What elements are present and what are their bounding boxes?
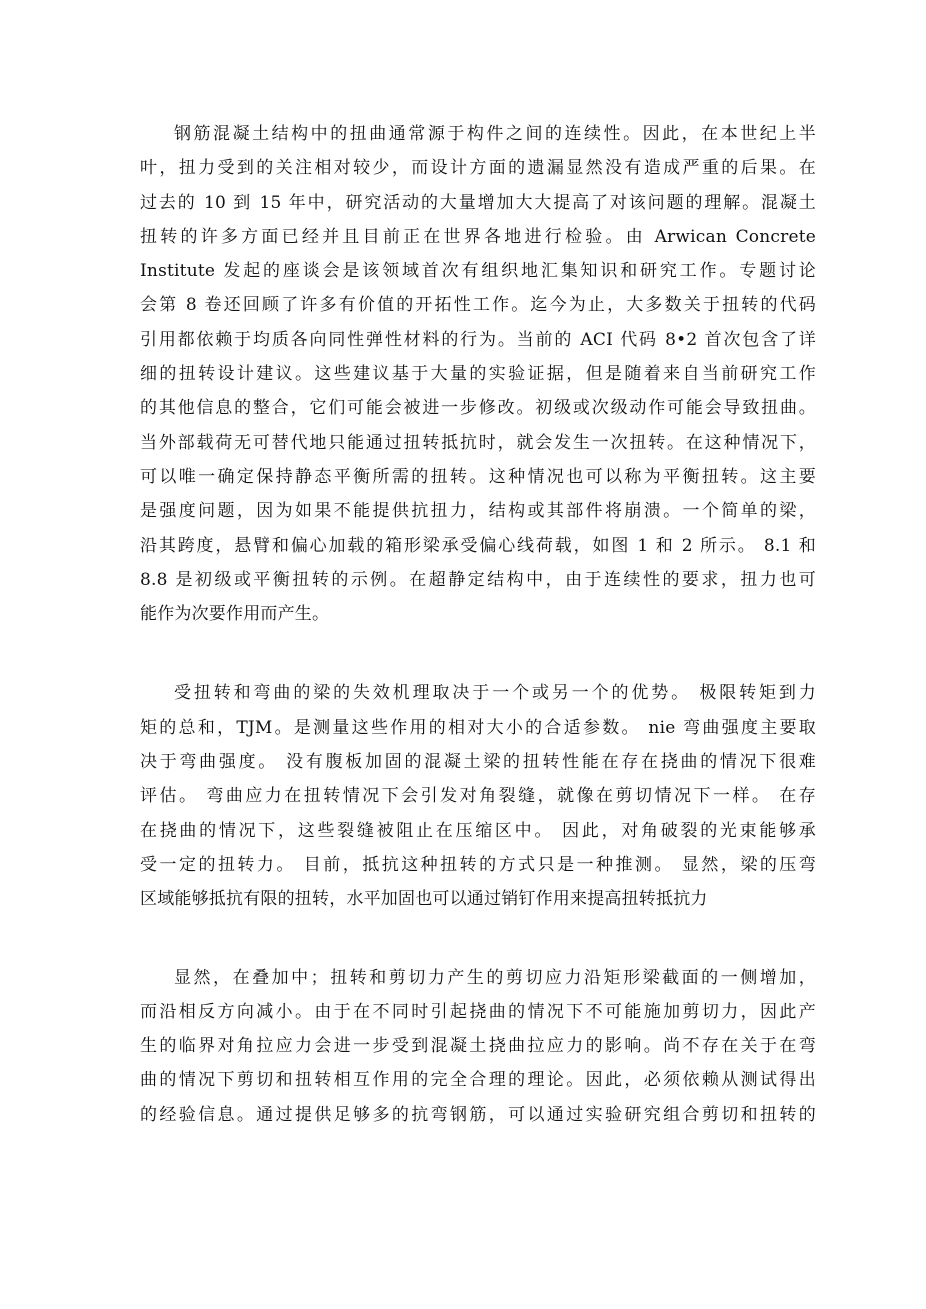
text-line: 受一定的扭转力。 目前，抵抗这种扭转的方式只是一种推测。 显然，梁的压弯 [140,848,816,882]
text-line: 可以唯一确定保持静态平衡所需的扭转。这种情况也可以称为平衡扭转。这主要 [140,460,816,494]
text-line: 而沿相反方向减小。由于在不同时引起挠曲的情况下不可能施加剪切力，因此产 [140,995,816,1029]
text-line: 会第 8 卷还回顾了许多有价值的开拓性工作。迄今为止，大多数关于扭转的代码 [140,288,816,322]
text-line: 显然，在叠加中；扭转和剪切力产生的剪切应力沿矩形梁截面的一侧增加， [140,961,816,995]
text-line: 细的扭转设计建议。这些建议基于大量的实验证据，但是随着来自当前研究工作 [140,357,816,391]
text-line: 在挠曲的情况下，这些裂缝被阻止在压缩区中。 因此，对角破裂的光束能够承 [140,814,816,848]
text-line: 矩的总和，TJM。是测量这些作用的相对大小的合适参数。 nie 弯曲强度主要取 [140,711,816,745]
text-line: 受扭转和弯曲的梁的失效机理取决于一个或另一个的优势。 极限转矩到力 [140,676,816,710]
text-line: 引用都依赖于均质各向同性弹性材料的行为。当前的 ACI 代码 8•2 首次包含了… [140,323,816,357]
paragraph-spacer [140,631,816,676]
paragraph-3: 显然，在叠加中；扭转和剪切力产生的剪切应力沿矩形梁截面的一侧增加， 而沿相反方向… [140,961,816,1132]
paragraph-2: 受扭转和弯曲的梁的失效机理取决于一个或另一个的优势。 极限转矩到力 矩的总和，T… [140,676,816,916]
text-line: 评估。 弯曲应力在扭转情况下会引发对角裂缝，就像在剪切情况下一样。 在存 [140,779,816,813]
text-line: 曲的情况下剪切和扭转相互作用的完全合理的理论。因此，必须依赖从测试得出 [140,1063,816,1097]
text-line: 的经验信息。通过提供足够多的抗弯钢筋，可以通过实验研究组合剪切和扭转的 [140,1098,816,1132]
text-line: 钢筋混凝土结构中的扭曲通常源于构件之间的连续性。因此，在本世纪上半 [140,117,816,151]
text-line: 的其他信息的整合，它们可能会被进一步修改。初级或次级动作可能会导致扭曲。 [140,391,816,425]
text-line: 区域能够抵抗有限的扭转，水平加固也可以通过销钉作用来提高扭转抵抗力 [140,882,816,916]
text-line: 8.8 是初级或平衡扭转的示例。在超静定结构中，由于连续性的要求，扭力也可 [140,563,816,597]
text-line: 决于弯曲强度。 没有腹板加固的混凝土梁的扭转性能在存在挠曲的情况下很难 [140,745,816,779]
paragraph-spacer [140,917,816,961]
text-line: Institute 发起的座谈会是该领域首次有组织地汇集知识和研究工作。专题讨论 [140,254,816,288]
text-line: 能作为次要作用而产生。 [140,597,816,631]
paragraph-1: 钢筋混凝土结构中的扭曲通常源于构件之间的连续性。因此，在本世纪上半 叶，扭力受到… [140,117,816,631]
text-line: 叶，扭力受到的关注相对较少，而设计方面的遗漏显然没有造成严重的后果。在 [140,151,816,185]
document-page: 钢筋混凝土结构中的扭曲通常源于构件之间的连续性。因此，在本世纪上半 叶，扭力受到… [140,117,816,1132]
text-line: 过去的 10 到 15 年中，研究活动的大量增加大大提高了对该问题的理解。混凝土 [140,186,816,220]
text-line: 是强度问题，因为如果不能提供抗扭力，结构或其部件将崩溃。一个简单的梁， [140,494,816,528]
text-line: 生的临界对角拉应力会进一步受到混凝土挠曲拉应力的影响。尚不存在关于在弯 [140,1029,816,1063]
text-line: 沿其跨度，悬臂和偏心加载的箱形梁承受偏心线荷载，如图 1 和 2 所示。 8.1… [140,529,816,563]
text-line: 当外部载荷无可替代地只能通过扭转抵抗时，就会发生一次扭转。在这种情况下， [140,426,816,460]
text-line: 扭转的许多方面已经并且目前正在世界各地进行检验。由 Arwican Concre… [140,220,816,254]
